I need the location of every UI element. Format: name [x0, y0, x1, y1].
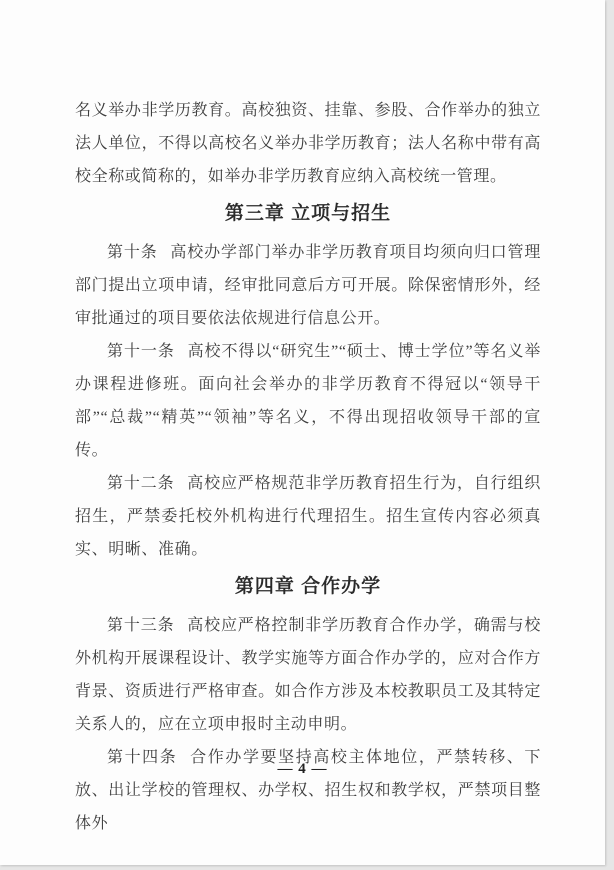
article-10-label: 第十条 [107, 244, 158, 261]
article-13-label: 第十三条 [107, 617, 174, 634]
article-13-text: 高校应严格控制非学历教育合作办学，确需与校外机构开展课程设计、教学实施等方面合作… [75, 617, 541, 733]
chapter-heading-3: 第三章 立项与招生 [75, 196, 541, 232]
article-11-text: 高校不得以“研究生”“硕士、博士学位”等名义举办课程进修班。面向社会举办的非学历… [75, 343, 541, 459]
article-12: 第十二条高校应严格规范非学历教育招生行为，自行组织招生，严禁委托校外机构进行代理… [75, 467, 541, 566]
article-11-label: 第十一条 [107, 343, 175, 360]
page-number: — 4 — [0, 761, 605, 778]
page-content: 名义举办非学历教育。高校独资、挂靠、参股、合作举办的独立法人单位，不得以高校名义… [75, 0, 541, 840]
document-page: 名义举办非学历教育。高校独资、挂靠、参股、合作举办的独立法人单位，不得以高校名义… [0, 0, 605, 865]
chapter-heading-4: 第四章 合作办学 [75, 569, 541, 605]
article-13: 第十三条高校应严格控制非学历教育合作办学，确需与校外机构开展课程设计、教学实施等… [75, 609, 541, 741]
article-12-label: 第十二条 [107, 475, 174, 492]
scan-viewport: 名义举办非学历教育。高校独资、挂靠、参股、合作举办的独立法人单位，不得以高校名义… [0, 0, 614, 870]
article-14: 第十四条合作办学要坚持高校主体地位，严禁转移、下放、出让学校的管理权、办学权、招… [75, 741, 541, 840]
paragraph-continuation: 名义举办非学历教育。高校独资、挂靠、参股、合作举办的独立法人单位，不得以高校名义… [75, 94, 541, 193]
article-10: 第十条高校办学部门举办非学历教育项目均须向归口管理部门提出立项申请，经审批同意后… [75, 236, 541, 335]
article-11: 第十一条高校不得以“研究生”“硕士、博士学位”等名义举办课程进修班。面向社会举办… [75, 335, 541, 467]
